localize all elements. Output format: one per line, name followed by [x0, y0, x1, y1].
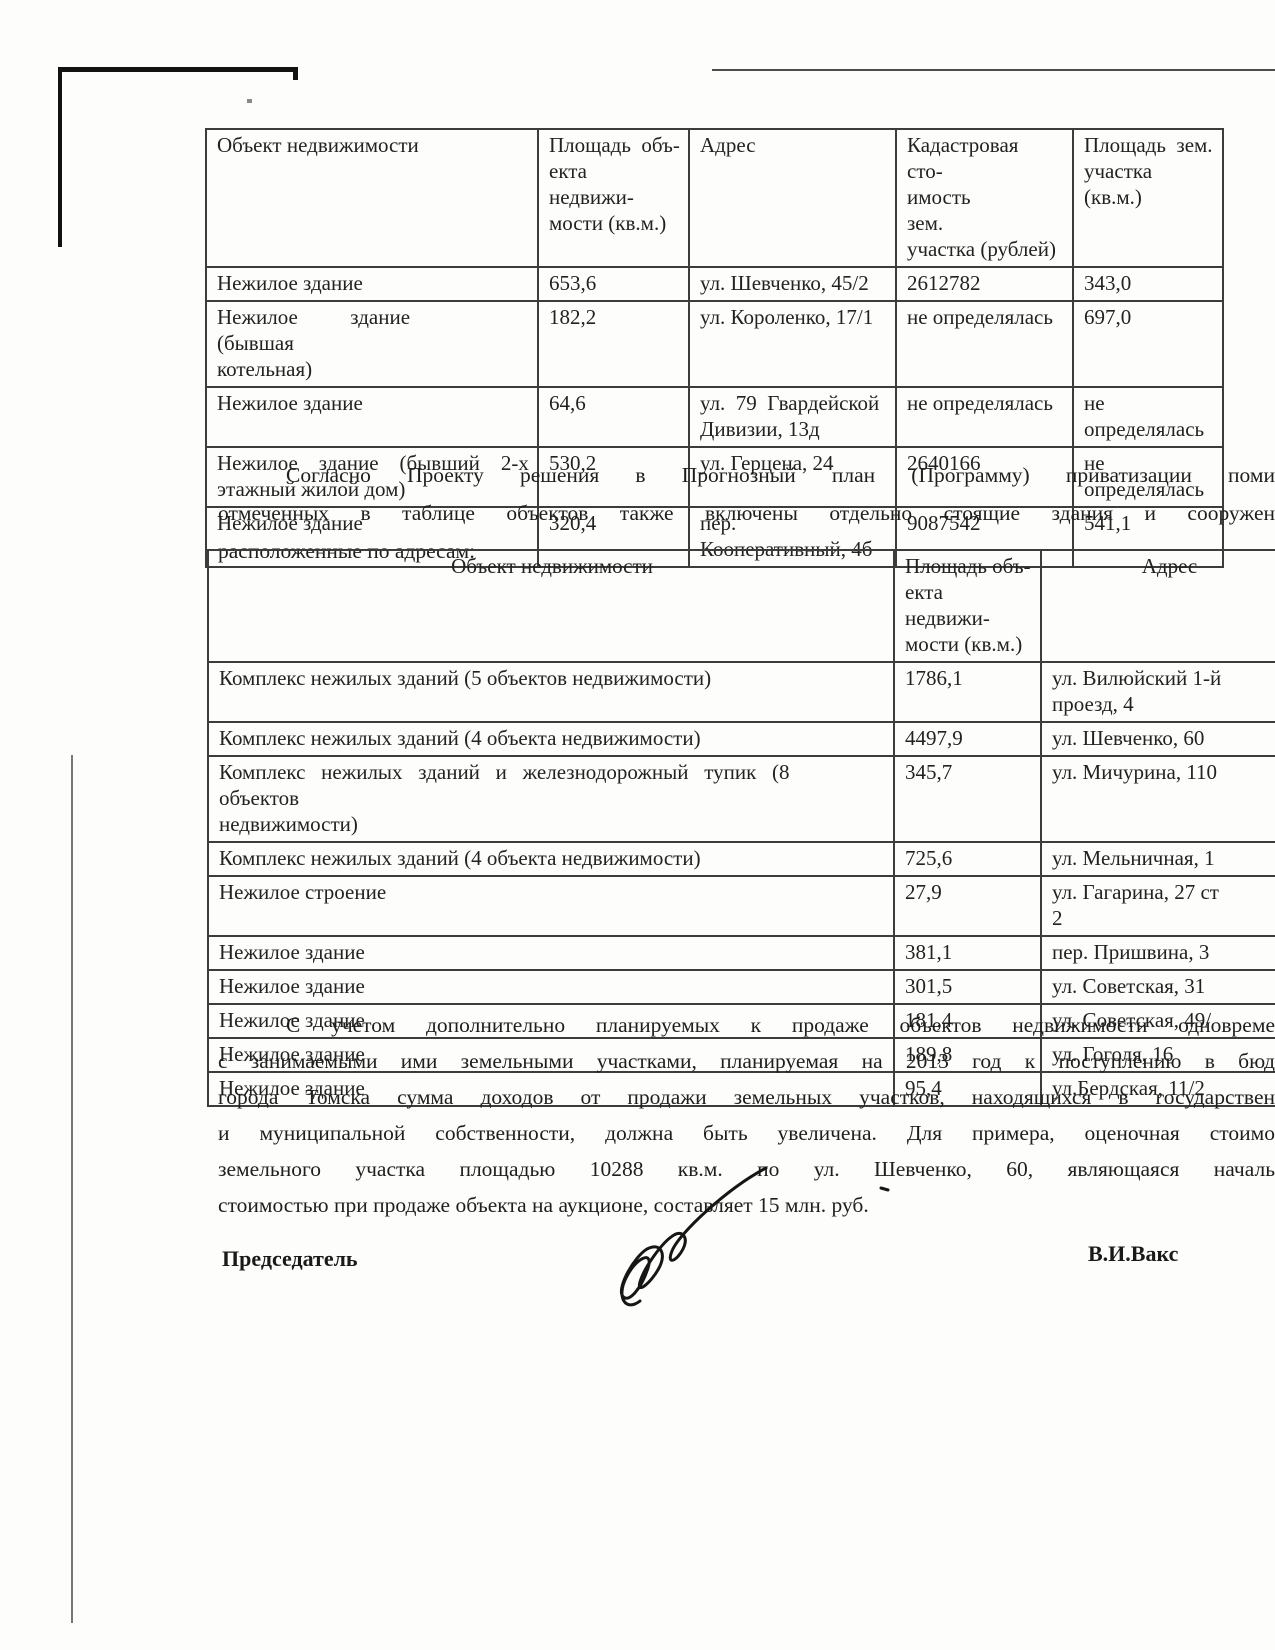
table-row: Нежилое здание653,6ул. Шевченко, 45/2261… — [206, 267, 1223, 301]
scan-artifact-top-line — [712, 69, 1275, 71]
table-cell: Комплекс нежилых зданий (4 объекта недви… — [208, 842, 894, 876]
signature-scribble — [578, 1158, 908, 1313]
table-row: Нежилое здание (бывшая котельная)182,2ул… — [206, 301, 1223, 387]
header-cell: Площадь объ- екта недвижи- мости (кв.м.) — [538, 129, 689, 267]
table-cell: 343,0 — [1073, 267, 1223, 301]
table-cell: 64,6 — [538, 387, 689, 447]
header-cell: Объект недвижимости — [208, 550, 894, 662]
header-cell: Площадь зем. участка (кв.м.) — [1073, 129, 1223, 267]
property-objects-table-header: Объект недвижимостиПлощадь объ- екта нед… — [206, 129, 1223, 267]
table-cell: ул. Советская, 31 — [1041, 970, 1275, 1004]
table-cell: ул. Мичурина, 110 — [1041, 756, 1275, 842]
table-row: Нежилое здание381,1пер. Пришвина, 3 — [208, 936, 1275, 970]
header-cell: Адрес — [689, 129, 896, 267]
scan-artifact-dot — [247, 99, 252, 103]
table-row: Нежилое здание64,6ул. 79 Гвардейской Див… — [206, 387, 1223, 447]
table-cell: Комплекс нежилых зданий (4 объекта недви… — [208, 722, 894, 756]
table-cell: ул. Мельничная, 1 — [1041, 842, 1275, 876]
table-cell: ул. Шевченко, 45/2 — [689, 267, 896, 301]
table-row: Комплекс нежилых зданий (5 объектов недв… — [208, 662, 1275, 722]
table-cell: Нежилое здание — [208, 970, 894, 1004]
table-cell: 2612782 — [896, 267, 1073, 301]
header-cell: Кадастровая сто- имость зем. участка (ру… — [896, 129, 1073, 267]
table-cell: ул. Короленко, 17/1 — [689, 301, 896, 387]
text-line: С учетом дополнительно планируемых к про… — [218, 1007, 1275, 1043]
table-cell: 301,5 — [894, 970, 1041, 1004]
table-cell: 27,9 — [894, 876, 1041, 936]
corner-crop-mark-horizontal — [58, 67, 298, 72]
table-cell: не определялась — [1073, 387, 1223, 447]
header-row: Объект недвижимостиПлощадь объ- екта нед… — [208, 550, 1275, 662]
scan-crease-line — [71, 755, 73, 1623]
table-cell: ул. Шевченко, 60 — [1041, 722, 1275, 756]
header-cell: Площадь объ- екта недвижи- мости (кв.м.) — [894, 550, 1041, 662]
table-cell: ул. 79 Гвардейской Дивизии, 13д — [689, 387, 896, 447]
table-cell: 1786,1 — [894, 662, 1041, 722]
text-line: города Томска сумма доходов от продажи з… — [218, 1079, 1275, 1115]
table-row: Нежилое здание301,5ул. Советская, 31 — [208, 970, 1275, 1004]
table-cell: пер. Пришвина, 3 — [1041, 936, 1275, 970]
table-row: Нежилое строение27,9ул. Гагарина, 27 ст … — [208, 876, 1275, 936]
corner-crop-mark-vertical — [58, 67, 62, 247]
table-cell: ул. Вилюйский 1-й проезд, 4 — [1041, 662, 1275, 722]
table-row: Комплекс нежилых зданий (4 объекта недви… — [208, 842, 1275, 876]
table-cell: 653,6 — [538, 267, 689, 301]
scanned-document-page: Объект недвижимостиПлощадь объ- екта нед… — [0, 0, 1275, 1650]
chairman-name: В.И.Вакс — [1088, 1241, 1178, 1267]
table-cell: не определялась — [896, 387, 1073, 447]
text-line: и муниципальной собственности, должна бы… — [218, 1115, 1275, 1151]
table-cell: 381,1 — [894, 936, 1041, 970]
header-cell: Адрес — [1041, 550, 1275, 662]
table-cell: Нежилое здание — [206, 267, 538, 301]
table-cell: 697,0 — [1073, 301, 1223, 387]
table-cell: ул. Гагарина, 27 ст 2 — [1041, 876, 1275, 936]
text-line: с занимаемыми ими земельными участками, … — [218, 1043, 1275, 1079]
table-cell: 345,7 — [894, 756, 1041, 842]
corner-crop-mark-hook — [293, 67, 298, 80]
text-line: Согласно Проекту решения в Прогнозный пл… — [218, 456, 1275, 494]
header-row: Объект недвижимостиПлощадь объ- екта нед… — [206, 129, 1223, 267]
table-cell: Комплекс нежилых зданий (5 объектов недв… — [208, 662, 894, 722]
table-row: Комплекс нежилых зданий (4 объекта недви… — [208, 722, 1275, 756]
table-row: Комплекс нежилых зданий и железнодорожны… — [208, 756, 1275, 842]
table-cell: Комплекс нежилых зданий и железнодорожны… — [208, 756, 894, 842]
table-cell: Нежилое здание — [208, 936, 894, 970]
table-cell: не определялась — [896, 301, 1073, 387]
table-cell: 725,6 — [894, 842, 1041, 876]
table-cell: Нежилое строение — [208, 876, 894, 936]
table-cell: 4497,9 — [894, 722, 1041, 756]
text-line: отмеченных в таблице объектов также вклю… — [218, 494, 1275, 532]
chairman-label: Председатель — [222, 1246, 358, 1272]
additional-objects-table-header: Объект недвижимостиПлощадь объ- екта нед… — [208, 550, 1275, 662]
header-cell: Объект недвижимости — [206, 129, 538, 267]
table-cell: Нежилое здание (бывшая котельная) — [206, 301, 538, 387]
table-cell: Нежилое здание — [206, 387, 538, 447]
table-cell: 182,2 — [538, 301, 689, 387]
